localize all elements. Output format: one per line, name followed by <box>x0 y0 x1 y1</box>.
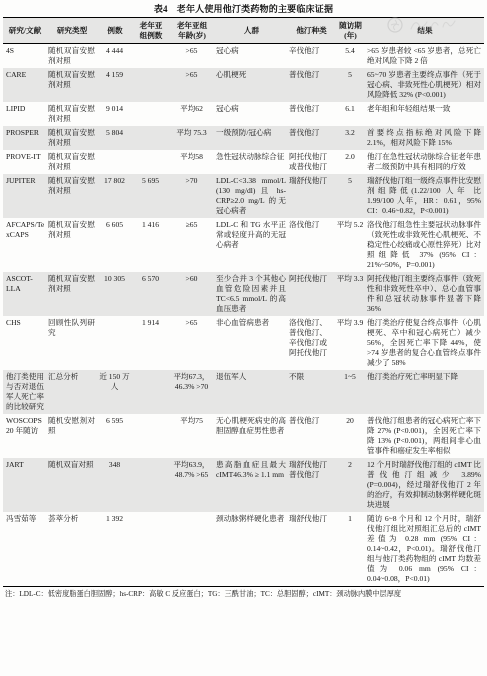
column-header-n: 例数 <box>97 18 133 44</box>
column-header-type: 研究类型 <box>47 18 97 44</box>
table-row: WOSCOPS 20 年随访随机安慰剂对照6 595平均75无心肌梗死病史的高胆… <box>3 414 484 458</box>
cell-population: 冠心病 <box>215 44 288 69</box>
cell-elderly_n <box>133 150 169 174</box>
column-header-study: 研究/文献 <box>3 18 47 44</box>
cell-statin: 普伐他汀 <box>288 126 335 150</box>
cell-type: 随机双盲安慰剂对照 <box>47 68 97 102</box>
cell-result: 他汀类治疗死亡率明显下降 <box>366 370 484 414</box>
table-footnote: 注：LDL-C：低密度脂蛋白胆固醇；hs-CRP：高敏 C 反应蛋白；TG：三酰… <box>0 587 487 599</box>
cell-age: ≥65 <box>169 218 215 272</box>
cell-elderly_n <box>133 414 169 458</box>
cell-n: 4 159 <box>97 68 133 102</box>
cell-study: 他汀类使用与否对退伍军人死亡率的比较研究 <box>3 370 47 414</box>
cell-study: CARE <box>3 68 47 102</box>
cell-n: 6 595 <box>97 414 133 458</box>
cell-population: LDL-C<3.38 mmol/L (130 mg/dl) 且 hs-CRP≥2… <box>215 174 288 218</box>
cell-study: 冯雪茹等 <box>3 512 47 587</box>
cell-elderly_n: 5 695 <box>133 174 169 218</box>
cell-type: 随机双盲安慰剂对照 <box>47 102 97 126</box>
cell-n: 近 150 万人 <box>97 370 133 414</box>
cell-n <box>97 316 133 370</box>
table-body: 4S随机双盲安慰剂对照4 444>65冠心病辛伐他汀5.4>65 岁患者较 <6… <box>3 44 484 587</box>
cell-study: 4S <box>3 44 47 69</box>
cell-n: 5 804 <box>97 126 133 150</box>
table-row: 他汀类使用与否对退伍军人死亡率的比较研究汇总分析近 150 万人平均67.3，4… <box>3 370 484 414</box>
cell-n: 6 605 <box>97 218 133 272</box>
cell-followup: 20 <box>335 414 366 458</box>
cell-population: 心肌梗死 <box>215 68 288 102</box>
cell-study: AFCAPS/TexCAPS <box>3 218 47 272</box>
cell-type: 回顾性队列研究 <box>47 316 97 370</box>
cell-n: 348 <box>97 458 133 512</box>
cell-study: PROSPER <box>3 126 47 150</box>
cell-statin: 普伐他汀 <box>288 102 335 126</box>
cell-study: ASCOT-LLA <box>3 272 47 316</box>
cell-statin: 瑞舒伐他汀 <box>288 174 335 218</box>
table-number: 表4 <box>154 4 168 14</box>
column-header-age: 老年亚组 年龄(岁) <box>169 18 215 44</box>
cell-population: 冠心病 <box>215 102 288 126</box>
column-header-result: 结果 <box>366 18 484 44</box>
cell-population: 非心血管病患者 <box>215 316 288 370</box>
cell-followup: 2.0 <box>335 150 366 174</box>
table-row: PROSPER随机双盲安慰剂对照5 804平均 75.3一级预防/冠心病普伐他汀… <box>3 126 484 150</box>
cell-population: 颈动脉粥样硬化患者 <box>215 512 288 587</box>
cell-population: 一级预防/冠心病 <box>215 126 288 150</box>
cell-elderly_n <box>133 68 169 102</box>
cell-followup: 平均 3.9 <box>335 316 366 370</box>
cell-elderly_n <box>133 512 169 587</box>
cell-elderly_n: 1 914 <box>133 316 169 370</box>
cell-type: 随机双盲安慰剂对照 <box>47 174 97 218</box>
cell-result: 瑞舒伐他汀组一级终点事件比安慰剂组降低(1.22/100 人年 比 1.99/1… <box>366 174 484 218</box>
cell-type: 随机双盲安慰剂对照 <box>47 218 97 272</box>
cell-n: 9 014 <box>97 102 133 126</box>
column-header-population: 人群 <box>215 18 288 44</box>
cell-age: >65 <box>169 316 215 370</box>
cell-statin: 瑞舒伐他汀 普伐他汀 <box>288 458 335 512</box>
cell-age: >65 <box>169 68 215 102</box>
cell-population: 至少合并 3 个其他心血管危险因素并且 TC<6.5 mmol/L 的高血压患者 <box>215 272 288 316</box>
cell-followup: 平均 3.3 <box>335 272 366 316</box>
cell-followup: 5 <box>335 174 366 218</box>
cell-result: 随访 6~8 个月和 12 个月时，瑞舒伐他汀组比对照组汇总后的 cIMT 差值… <box>366 512 484 587</box>
cell-type: 随机双盲对照 <box>47 458 97 512</box>
table-row: LIPID随机双盲安慰剂对照9 014平均62冠心病普伐他汀6.1老年组和年轻组… <box>3 102 484 126</box>
cell-result: 老年组和年轻组结果一致 <box>366 102 484 126</box>
header-row: 研究/文献研究类型例数老年亚 组例数老年亚组 年龄(岁)人群他汀种类随访期 (年… <box>3 18 484 44</box>
cell-population: 退伍军人 <box>215 370 288 414</box>
cell-elderly_n <box>133 370 169 414</box>
cell-statin: 洛伐他汀 <box>288 218 335 272</box>
cell-followup: 5 <box>335 68 366 102</box>
table-row: CARE随机双盲安慰剂对照4 159>65心肌梗死普伐他汀565~70 岁患者主… <box>3 68 484 102</box>
cell-statin: 瑞舒伐他汀 <box>288 512 335 587</box>
cell-result: 他汀类治疗使复合终点事件（心肌梗死、卒中和冠心病死亡）减少 56%，全因死亡率下… <box>366 316 484 370</box>
cell-result: 65~70 岁患者主要终点事件（死于冠心病、非致死性心肌梗死）相对风险降低 32… <box>366 68 484 102</box>
cell-age: 平均63.9，48.7% >65 <box>169 458 215 512</box>
cell-elderly_n <box>133 102 169 126</box>
cell-result: >65 岁患者较 <65 岁患者，总死亡绝对风险下降 2 倍 <box>366 44 484 69</box>
cell-n: 1 392 <box>97 512 133 587</box>
cell-type: 荟萃分析 <box>47 512 97 587</box>
cell-result: 洛伐他汀组急性主要冠状动脉事件（致死性或非致死性心肌梗死、不稳定性心绞痛或心原性… <box>366 218 484 272</box>
cell-n: 4 444 <box>97 44 133 69</box>
cell-result: 阿托伐他汀组主要终点事件（致死性和非致死性卒中）、总心血管事件和总冠状动脉事件显… <box>366 272 484 316</box>
cell-age: >65 <box>169 44 215 69</box>
cell-n <box>97 150 133 174</box>
cell-statin: 普伐他汀 <box>288 414 335 458</box>
cell-followup: 1~5 <box>335 370 366 414</box>
cell-study: LIPID <box>3 102 47 126</box>
table-row: CHS回顾性队列研究1 914>65非心血管病患者洛伐他汀、普伐他汀、辛伐他汀或… <box>3 316 484 370</box>
cell-statin: 洛伐他汀、普伐他汀、辛伐他汀或阿托伐他汀 <box>288 316 335 370</box>
table-row: 冯雪茹等荟萃分析1 392颈动脉粥样硬化患者瑞舒伐他汀1随访 6~8 个月和 1… <box>3 512 484 587</box>
cell-n: 10 305 <box>97 272 133 316</box>
cell-age: 平均58 <box>169 150 215 174</box>
cell-statin: 不限 <box>288 370 335 414</box>
table-row: AFCAPS/TexCAPS随机双盲安慰剂对照6 6051 416≥65LDL-… <box>3 218 484 272</box>
cell-type: 随机安慰剂对照 <box>47 414 97 458</box>
cell-statin: 阿托伐他汀或普伐他汀 <box>288 150 335 174</box>
cell-elderly_n <box>133 126 169 150</box>
cell-followup: 1 <box>335 512 366 587</box>
cell-age: 平均75 <box>169 414 215 458</box>
cell-age: 平均62 <box>169 102 215 126</box>
cell-type: 随机双盲安慰剂对照 <box>47 44 97 69</box>
cell-statin: 辛伐他汀 <box>288 44 335 69</box>
table-caption: 表4老年人使用他汀类药物的主要临床证据 <box>0 0 487 17</box>
cell-population: 患高脂血症且最大 cIMT46.3% ≥ 1.1 mm <box>215 458 288 512</box>
cell-followup: 平均 5.2 <box>335 218 366 272</box>
cell-study: CHS <box>3 316 47 370</box>
cell-study: WOSCOPS 20 年随访 <box>3 414 47 458</box>
column-header-statin: 他汀种类 <box>288 18 335 44</box>
cell-study: JART <box>3 458 47 512</box>
cell-population: 急性冠状动脉综合征 <box>215 150 288 174</box>
cell-n: 17 802 <box>97 174 133 218</box>
cell-study: JUPITER <box>3 174 47 218</box>
cell-type: 随机双盲安慰剂对照 <box>47 150 97 174</box>
cell-result: 普伐他汀组患者的冠心病死亡率下降 27% (P<0.001)，全因死亡率下降 1… <box>366 414 484 458</box>
cell-age: 平均67.3，46.3% >70 <box>169 370 215 414</box>
cell-followup: 5.4 <box>335 44 366 69</box>
table-title: 老年人使用他汀类药物的主要临床证据 <box>177 4 333 14</box>
cell-elderly_n <box>133 44 169 69</box>
cell-followup: 2 <box>335 458 366 512</box>
cell-age <box>169 512 215 587</box>
cell-population: LDL-C 和 TG 水平正常或轻度升高的无冠心病者 <box>215 218 288 272</box>
cell-age: >70 <box>169 174 215 218</box>
cell-result: 首要终点指标绝对风险下降 2.1%，相对风险下降 15% <box>366 126 484 150</box>
cell-type: 汇总分析 <box>47 370 97 414</box>
cell-elderly_n: 1 416 <box>133 218 169 272</box>
cell-elderly_n <box>133 458 169 512</box>
column-header-followup: 随访期 (年) <box>335 18 366 44</box>
cell-followup: 3.2 <box>335 126 366 150</box>
table-row: 4S随机双盲安慰剂对照4 444>65冠心病辛伐他汀5.4>65 岁患者较 <6… <box>3 44 484 69</box>
cell-age: >60 <box>169 272 215 316</box>
cell-type: 随机双盲安慰剂对照 <box>47 126 97 150</box>
cell-study: PROVE-IT <box>3 150 47 174</box>
cell-elderly_n: 6 570 <box>133 272 169 316</box>
cell-followup: 6.1 <box>335 102 366 126</box>
cell-statin: 阿托伐他汀 <box>288 272 335 316</box>
table-row: JUPITER随机双盲安慰剂对照17 8025 695>70LDL-C<3.38… <box>3 174 484 218</box>
journal-table-page: 表4老年人使用他汀类药物的主要临床证据 研究/文献研究类型例数老年亚 组例数老年… <box>0 0 487 676</box>
cell-age: 平均 75.3 <box>169 126 215 150</box>
cell-statin: 普伐他汀 <box>288 68 335 102</box>
cell-result: 他汀在急性冠状动脉综合征老年患者二级预防中具有相同的疗效 <box>366 150 484 174</box>
table-row: PROVE-IT随机双盲安慰剂对照平均58急性冠状动脉综合征阿托伐他汀或普伐他汀… <box>3 150 484 174</box>
cell-population: 无心肌梗死病史的高胆固醇血症男性患者 <box>215 414 288 458</box>
table-row: ASCOT-LLA随机双盲安慰剂对照10 3056 570>60至少合并 3 个… <box>3 272 484 316</box>
table-row: JART随机双盲对照348平均63.9，48.7% >65患高脂血症且最大 cI… <box>3 458 484 512</box>
cell-type: 随机双盲安慰剂对照 <box>47 272 97 316</box>
cell-result: 12 个月时瑞舒伐他汀组的 cIMT 比普伐他汀组减少 3.89% (P=0.0… <box>366 458 484 512</box>
column-header-elderly_n: 老年亚 组例数 <box>133 18 169 44</box>
evidence-table: 研究/文献研究类型例数老年亚 组例数老年亚组 年龄(岁)人群他汀种类随访期 (年… <box>3 17 484 587</box>
